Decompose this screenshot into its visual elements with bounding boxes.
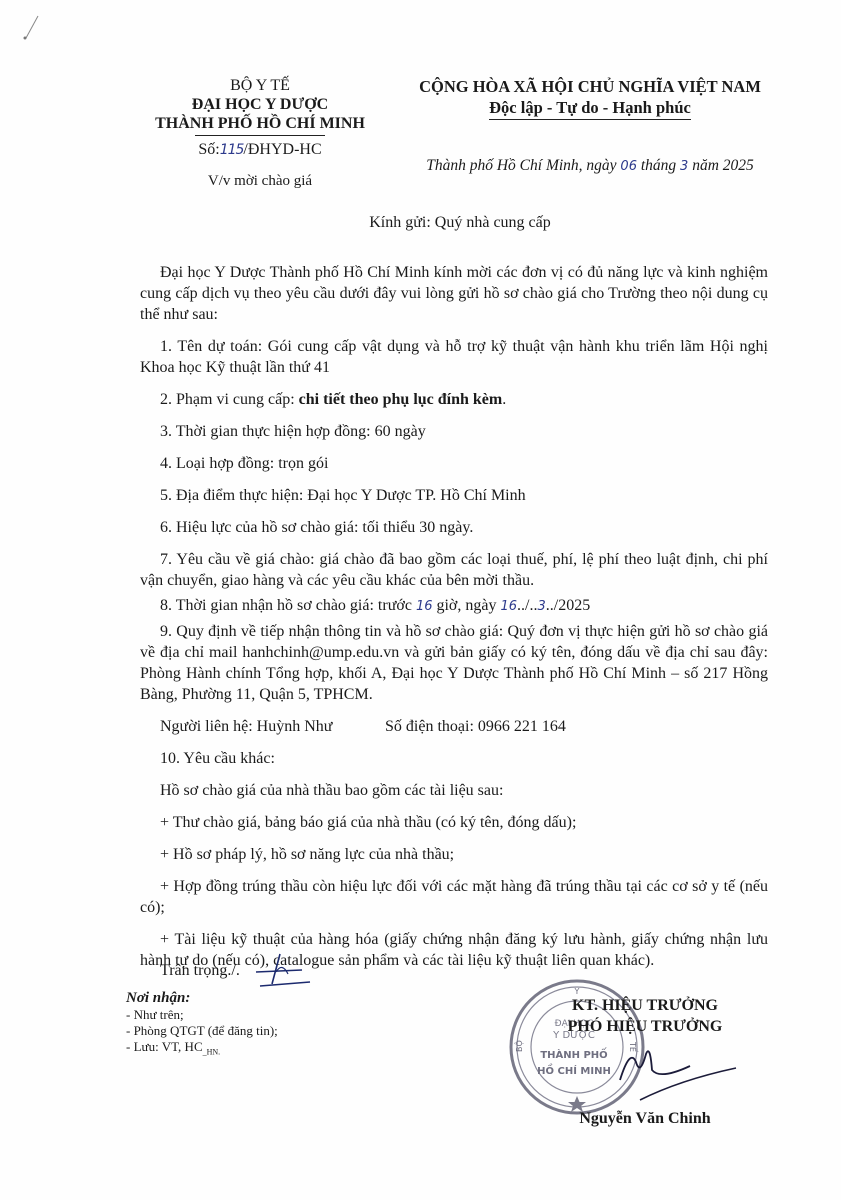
item-9: 9. Quy định về tiếp nhận thông tin và hồ… bbox=[140, 621, 768, 705]
item-10: 10. Yêu cầu khác: bbox=[140, 748, 768, 769]
document-number: Số:115/ĐHYD-HC bbox=[130, 140, 390, 160]
recipient-2: - Phòng QTGT (để đăng tin); bbox=[126, 1023, 278, 1039]
item-2: 2. Phạm vi cung cấp: chi tiết theo phụ l… bbox=[140, 389, 768, 410]
date-suffix: năm 2025 bbox=[688, 157, 753, 174]
corner-mark-icon bbox=[10, 8, 40, 42]
date-mid: tháng bbox=[637, 157, 680, 174]
doc-number-handwritten: 115 bbox=[220, 142, 244, 158]
signatory-title: KT. HIỆU TRƯỞNG PHÓ HIỆU TRƯỞNG bbox=[520, 995, 770, 1037]
letter-body: Đại học Y Dược Thành phố Hồ Chí Minh kín… bbox=[140, 262, 768, 971]
item-8-year: ../2025 bbox=[546, 597, 590, 614]
signatory-name: Nguyễn Văn Chinh bbox=[520, 1110, 770, 1128]
greeting: Kính gửi: Quý nhà cung cấp bbox=[140, 214, 780, 232]
item-8-sep: ../.. bbox=[517, 597, 537, 614]
recipient-3-text: - Lưu: VT, HC bbox=[126, 1039, 203, 1054]
signatory-title-line2: PHÓ HIỆU TRƯỞNG bbox=[520, 1016, 770, 1037]
recipients-title: Nơi nhận: bbox=[126, 990, 278, 1006]
university-name-line2: THÀNH PHỐ HỒ CHÍ MINH bbox=[130, 114, 390, 133]
item-6: 6. Hiệu lực của hồ sơ chào giá: tối thiể… bbox=[140, 517, 768, 538]
recipient-1: - Như trên; bbox=[126, 1007, 278, 1023]
contact-person: Người liên hệ: Huỳnh Như bbox=[140, 716, 365, 737]
item-7: 7. Yêu cầu về giá chào: giá chào đã bao … bbox=[140, 549, 768, 591]
university-name-line1: ĐẠI HỌC Y DƯỢC bbox=[130, 95, 390, 114]
item-4: 4. Loại hợp đồng: trọn gói bbox=[140, 453, 768, 474]
item-1: 1. Tên dự toán: Gói cung cấp vật dụng và… bbox=[140, 336, 768, 378]
item-8-hour: 16 bbox=[416, 599, 433, 614]
item-8-prefix: 8. Thời gian nhận hồ sơ chào giá: trước bbox=[160, 597, 416, 614]
contact-phone: Số điện thoại: 0966 221 164 bbox=[365, 716, 566, 737]
national-header: CỘNG HÒA XÃ HỘI CHỦ NGHĨA VIỆT NAM Độc l… bbox=[395, 76, 785, 120]
item-2-bold: chi tiết theo phụ lục đính kèm bbox=[299, 391, 503, 408]
item-5: 5. Địa điểm thực hiện: Đại học Y Dược TP… bbox=[140, 485, 768, 506]
svg-text:THÀNH PHỐ: THÀNH PHỐ bbox=[540, 1046, 607, 1061]
doc-requirement-1: + Thư chào giá, bảng báo giá của nhà thầ… bbox=[140, 812, 768, 833]
doc-number-prefix: Số: bbox=[198, 141, 219, 158]
svg-text:BỘ: BỘ bbox=[513, 1040, 524, 1052]
issuer-block: BỘ Y TẾ ĐẠI HỌC Y DƯỢC THÀNH PHỐ HỒ CHÍ … bbox=[130, 76, 390, 191]
closing: Trân trọng./. bbox=[160, 962, 240, 980]
document-page: BỘ Y TẾ ĐẠI HỌC Y DƯỢC THÀNH PHỐ HỒ CHÍ … bbox=[0, 0, 841, 1200]
date-prefix: Thành phố Hồ Chí Minh, ngày bbox=[426, 157, 620, 174]
recipients-block: Nơi nhận: - Như trên; - Phòng QTGT (để đ… bbox=[126, 990, 278, 1061]
initial-signature-icon bbox=[252, 950, 312, 990]
intro-paragraph: Đại học Y Dược Thành phố Hồ Chí Minh kín… bbox=[140, 262, 768, 325]
doc-requirement-2: + Hồ sơ pháp lý, hồ sơ năng lực của nhà … bbox=[140, 844, 768, 865]
recipient-3: - Lưu: VT, HC_HN. bbox=[126, 1039, 278, 1061]
recipient-3-sub: _HN. bbox=[203, 1048, 221, 1057]
issuer-underline bbox=[195, 135, 325, 136]
date-day: 06 bbox=[620, 159, 637, 174]
national-motto: Độc lập - Tự do - Hạnh phúc bbox=[489, 97, 691, 120]
item-2-label: 2. Phạm vi cung cấp: bbox=[160, 391, 299, 408]
item-2-end: . bbox=[502, 391, 506, 408]
item-8: 8. Thời gian nhận hồ sơ chào giá: trước … bbox=[140, 595, 768, 617]
ministry-name: BỘ Y TẾ bbox=[130, 76, 390, 95]
nation-name: CỘNG HÒA XÃ HỘI CHỦ NGHĨA VIỆT NAM bbox=[395, 76, 785, 97]
contact-line: Người liên hệ: Huỳnh NhưSố điện thoại: 0… bbox=[140, 716, 768, 737]
item-3: 3. Thời gian thực hiện hợp đồng: 60 ngày bbox=[140, 421, 768, 442]
date-line: Thành phố Hồ Chí Minh, ngày 06 tháng 3 n… bbox=[395, 157, 785, 175]
docs-intro: Hồ sơ chào giá của nhà thầu bao gồm các … bbox=[140, 780, 768, 801]
signature-icon bbox=[600, 1040, 740, 1110]
doc-number-suffix: /ĐHYD-HC bbox=[243, 141, 321, 158]
document-subject: V/v mời chào giá bbox=[130, 172, 390, 191]
doc-requirement-3: + Hợp đồng trúng thầu còn hiệu lực đối v… bbox=[140, 876, 768, 918]
signatory-title-line1: KT. HIỆU TRƯỞNG bbox=[520, 995, 770, 1016]
item-8-mid: giờ, ngày bbox=[432, 597, 500, 614]
item-8-month: 3 bbox=[538, 599, 546, 614]
item-8-day: 16 bbox=[501, 599, 518, 614]
